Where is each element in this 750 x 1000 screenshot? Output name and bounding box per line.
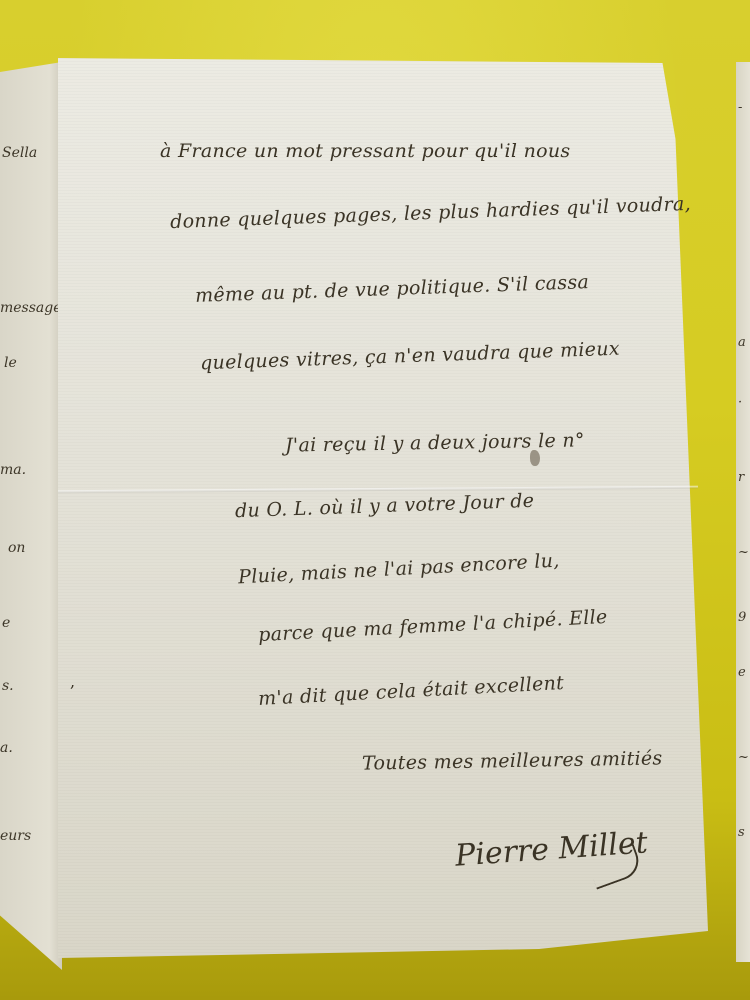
- left-page-fragment: le: [4, 355, 17, 371]
- right-page-fragment: ·: [738, 395, 742, 410]
- left-page-fragment: Sella: [2, 145, 37, 161]
- left-page-fragment: eurs: [0, 828, 31, 844]
- letter-line-1: à France un mot pressant pour qu'il nous: [160, 140, 570, 162]
- right-page-fragment: r: [738, 470, 744, 485]
- right-page-fragment: a: [738, 335, 746, 350]
- left-page-fragment: ma.: [0, 462, 26, 478]
- left-page-fragment: e: [2, 615, 10, 631]
- left-page-fragment: s.: [2, 678, 14, 694]
- right-page-fragment: ~: [738, 750, 749, 765]
- right-page-fragment: ~: [738, 545, 749, 560]
- stray-ink-mark: ,: [70, 672, 75, 691]
- ink-blot: [530, 450, 540, 466]
- left-page-fragment: on: [8, 540, 25, 556]
- left-page-fragment: a.: [0, 740, 13, 756]
- right-page-fragment: -: [738, 100, 742, 115]
- right-page-fragment: s: [738, 825, 745, 840]
- left-page-fragment: message: [0, 300, 62, 316]
- right-page-fragment: 9: [738, 610, 746, 625]
- right-page-fragment: e: [738, 665, 746, 680]
